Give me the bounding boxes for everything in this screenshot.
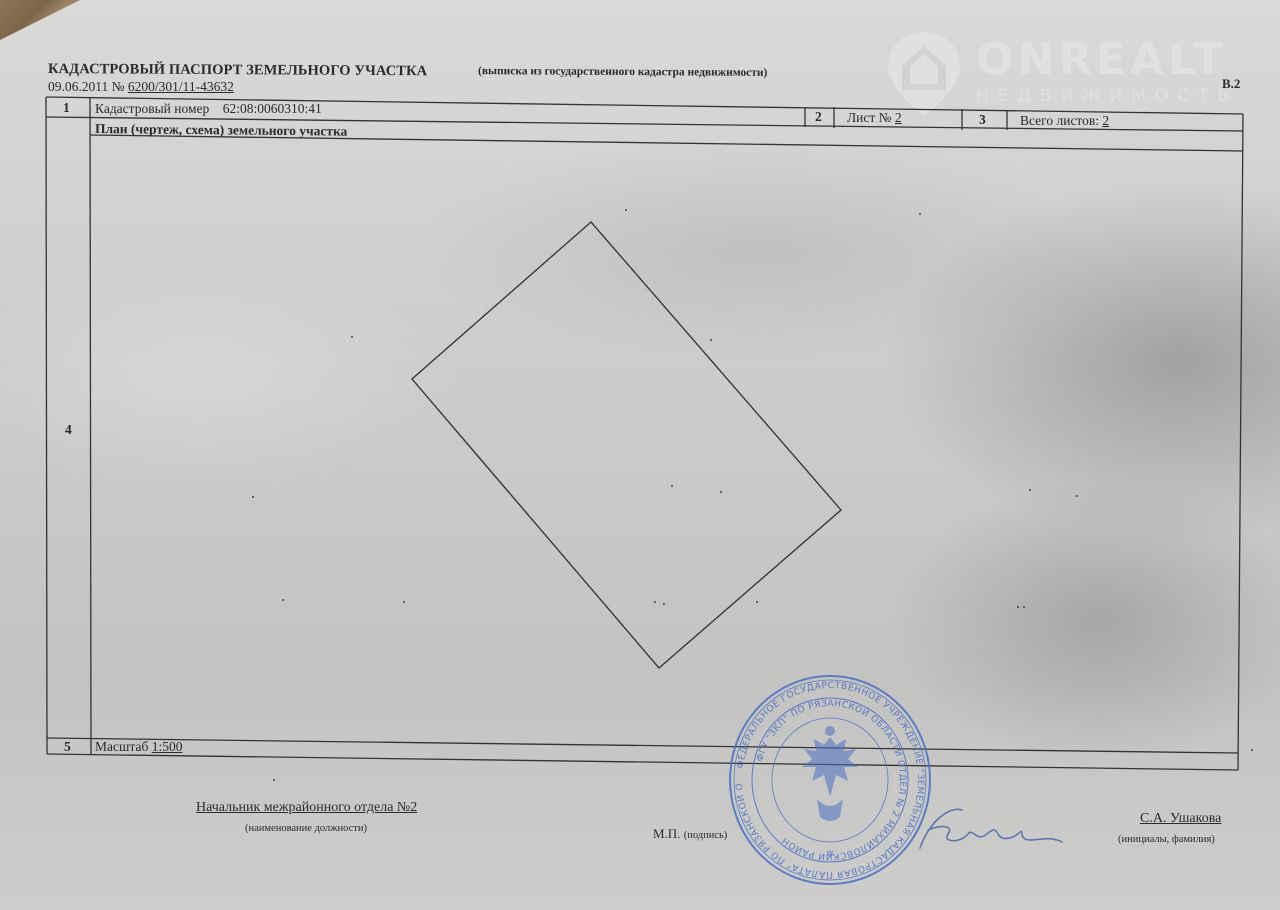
row-1-index: 1	[63, 100, 70, 116]
document-number: 6200/301/11-43632	[128, 79, 234, 94]
row-5-index: 5	[64, 739, 71, 755]
document-subtitle: (выписка из государственного кадастра не…	[478, 65, 767, 79]
document-date: 09.06.2011	[48, 79, 108, 94]
sheet-index: 2	[815, 109, 822, 125]
cadastral-number-row: Кадастровый номер 62:08:0060310:41	[95, 101, 322, 117]
double-headed-eagle-icon	[802, 726, 858, 821]
signatory-name-caption: (инициалы, фамилия)	[1118, 834, 1215, 845]
document-title: КАДАСТРОВЫЙ ПАСПОРТ ЗЕМЕЛЬНОГО УЧАСТКА	[48, 61, 427, 80]
sheet-number-cell: Лист № 2	[847, 110, 902, 126]
signatory-name: С.А. Ушакова	[1140, 811, 1221, 827]
svg-text:✲: ✲	[826, 849, 834, 860]
cadastral-number-label: Кадастровый номер	[95, 101, 209, 116]
seal-signature-label: М.П. (подпись)	[653, 826, 727, 842]
sheet-number-label: Лист №	[847, 110, 892, 125]
total-index: 3	[979, 112, 986, 128]
number-sign: №	[112, 79, 125, 94]
form-code: В.2	[1222, 76, 1240, 92]
mp-label: М.П.	[653, 826, 680, 841]
signature-caption: (подпись)	[684, 830, 728, 841]
total-sheets-cell: Всего листов: 2	[1020, 113, 1109, 129]
total-sheets-value: 2	[1102, 113, 1109, 128]
scale-label: Масштаб	[95, 739, 148, 754]
scale-value: 1:500	[152, 739, 183, 754]
signatory-position: Начальник межрайонного отдела №2	[196, 800, 417, 816]
plan-section-title: План (чертеж, схема) земельного участка	[95, 121, 347, 140]
signatory-position-caption: (наименование должности)	[245, 823, 367, 834]
total-sheets-label: Всего листов:	[1020, 113, 1099, 128]
cadastral-number-value: 62:08:0060310:41	[223, 101, 322, 116]
sheet-number-value: 2	[895, 110, 902, 125]
handwritten-signature	[890, 800, 1070, 860]
row-4-index: 4	[65, 422, 72, 438]
document-date-number: 09.06.2011 № 6200/301/11-43632	[48, 79, 234, 95]
scale-row: Масштаб 1:500	[95, 739, 182, 755]
